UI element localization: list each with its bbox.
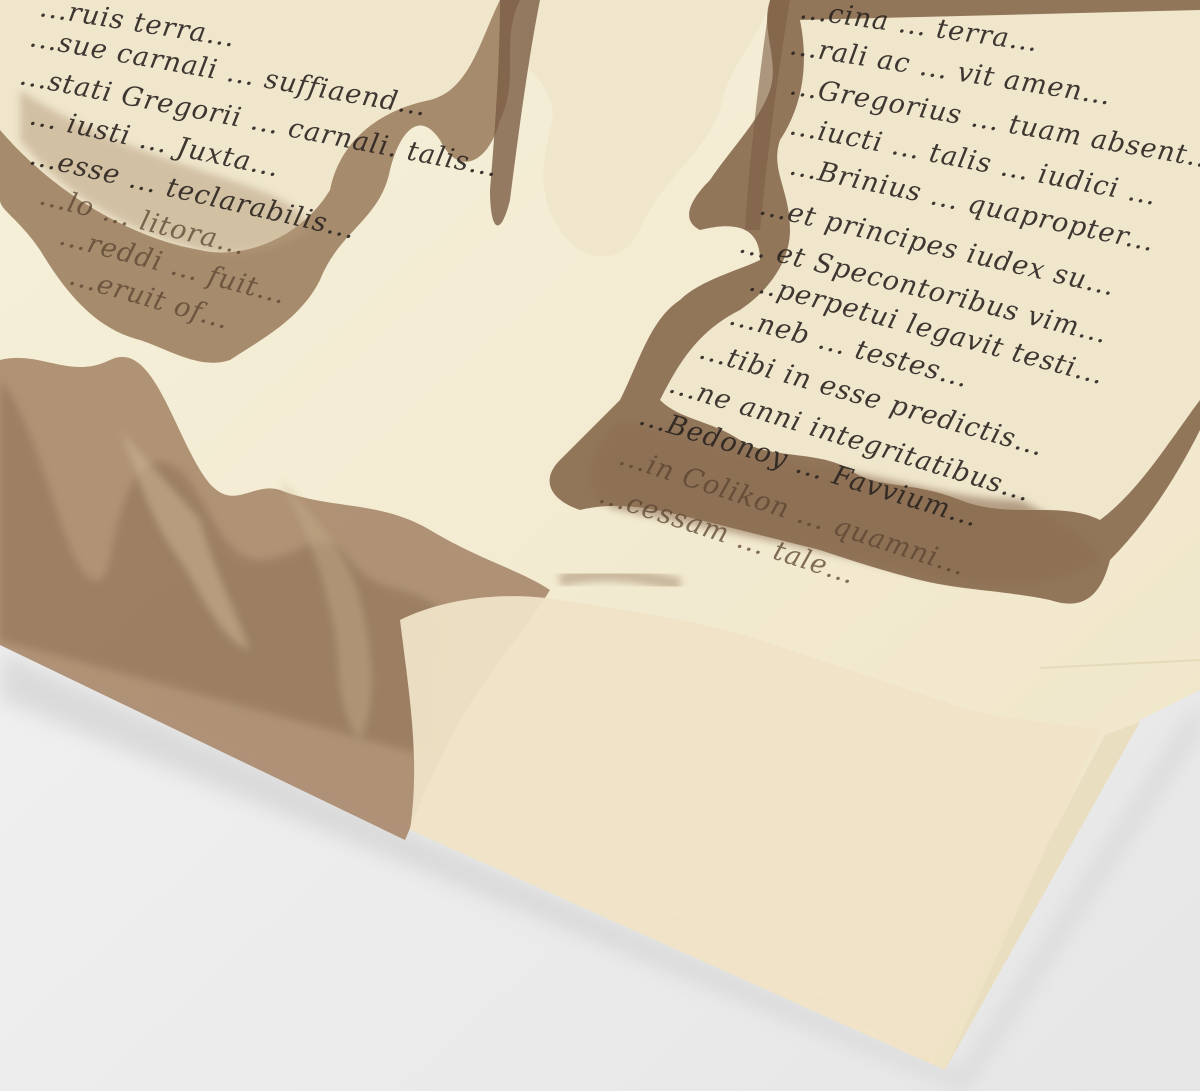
manuscript-photo: ...ruis terra... ...sue carnali ... suff… xyxy=(0,0,1200,1091)
